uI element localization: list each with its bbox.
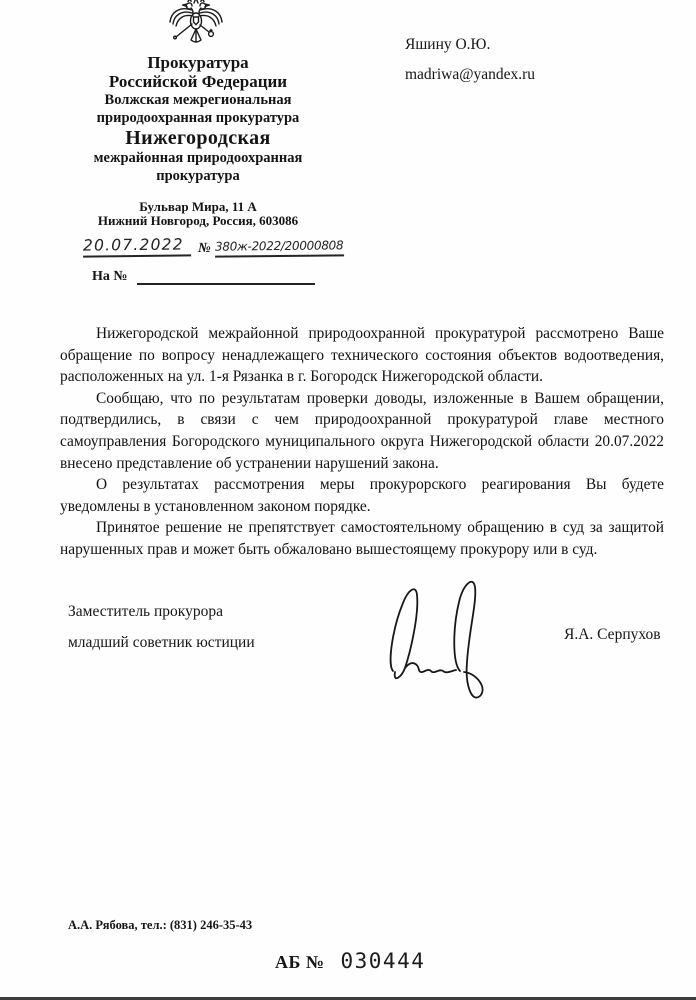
recipient-email: madriwa@yandex.ru: [405, 66, 535, 84]
document-page: Прокуратура Российской Федерации Волжска…: [0, 0, 696, 1000]
reply-reference-blank-line: [137, 268, 315, 285]
form-blank-number: 030444: [341, 949, 426, 973]
form-blank-series: АБ №: [275, 952, 325, 973]
letter-body: Нижегородской межрайонной природоохранно…: [60, 323, 664, 561]
address-street: Бульвар Мира, 11 А: [40, 200, 356, 214]
executor-contact-line: А.А. Рябова, тел.: (831) 246-35-43: [68, 918, 252, 933]
address-city: Нижний Новгород, Россия, 603086: [40, 214, 356, 228]
body-paragraph: О результатах рассмотрения меры прокурор…: [60, 474, 664, 517]
signer-position-line: Заместитель прокурора: [68, 603, 255, 621]
handwritten-outgoing-number: 380ж-2022/20000808: [215, 238, 344, 257]
org-name-line: природоохранная прокуратура: [40, 109, 356, 127]
russia-coat-of-arms-icon: [166, 0, 226, 48]
body-paragraph: Сообщаю, что по результатам проверки дов…: [60, 388, 664, 474]
org-name-emphasis: Нижегородская: [40, 127, 356, 149]
handwritten-date: 20.07.2022: [83, 235, 191, 257]
body-paragraph: Нижегородской межрайонной природоохранно…: [60, 323, 664, 388]
letterhead: Прокуратура Российской Федерации Волжска…: [40, 54, 356, 227]
recipient-name: Яшину О.Ю.: [405, 36, 535, 54]
form-blank-number-row: АБ № 030444: [275, 949, 425, 973]
body-paragraph: Принятое решение не препятствует самосто…: [60, 517, 664, 560]
org-name-line: Прокуратура: [40, 54, 356, 73]
org-name-line: Волжская межрегиональная: [40, 91, 356, 109]
signer-name: Я.А. Серпухов: [564, 626, 661, 644]
recipient-block: Яшину О.Ю. madriwa@yandex.ru: [405, 36, 535, 84]
signer-rank-line: младший советник юстиции: [68, 634, 255, 652]
org-name-line: прокуратура: [40, 167, 356, 185]
reply-reference-label: На №: [92, 269, 127, 285]
org-name-line: межрайонная природоохранная: [40, 149, 356, 167]
reply-reference-row: На №: [92, 268, 315, 285]
number-sign-label: №: [198, 241, 211, 257]
reference-row: 20.07.2022 № 380ж-2022/20000808: [83, 236, 344, 257]
signer-position-block: Заместитель прокурора младший советник ю…: [68, 603, 255, 652]
org-name-line: Российской Федерации: [40, 73, 356, 92]
org-address: Бульвар Мира, 11 А Нижний Новгород, Росс…: [40, 200, 356, 227]
handwritten-signature: [386, 572, 496, 708]
